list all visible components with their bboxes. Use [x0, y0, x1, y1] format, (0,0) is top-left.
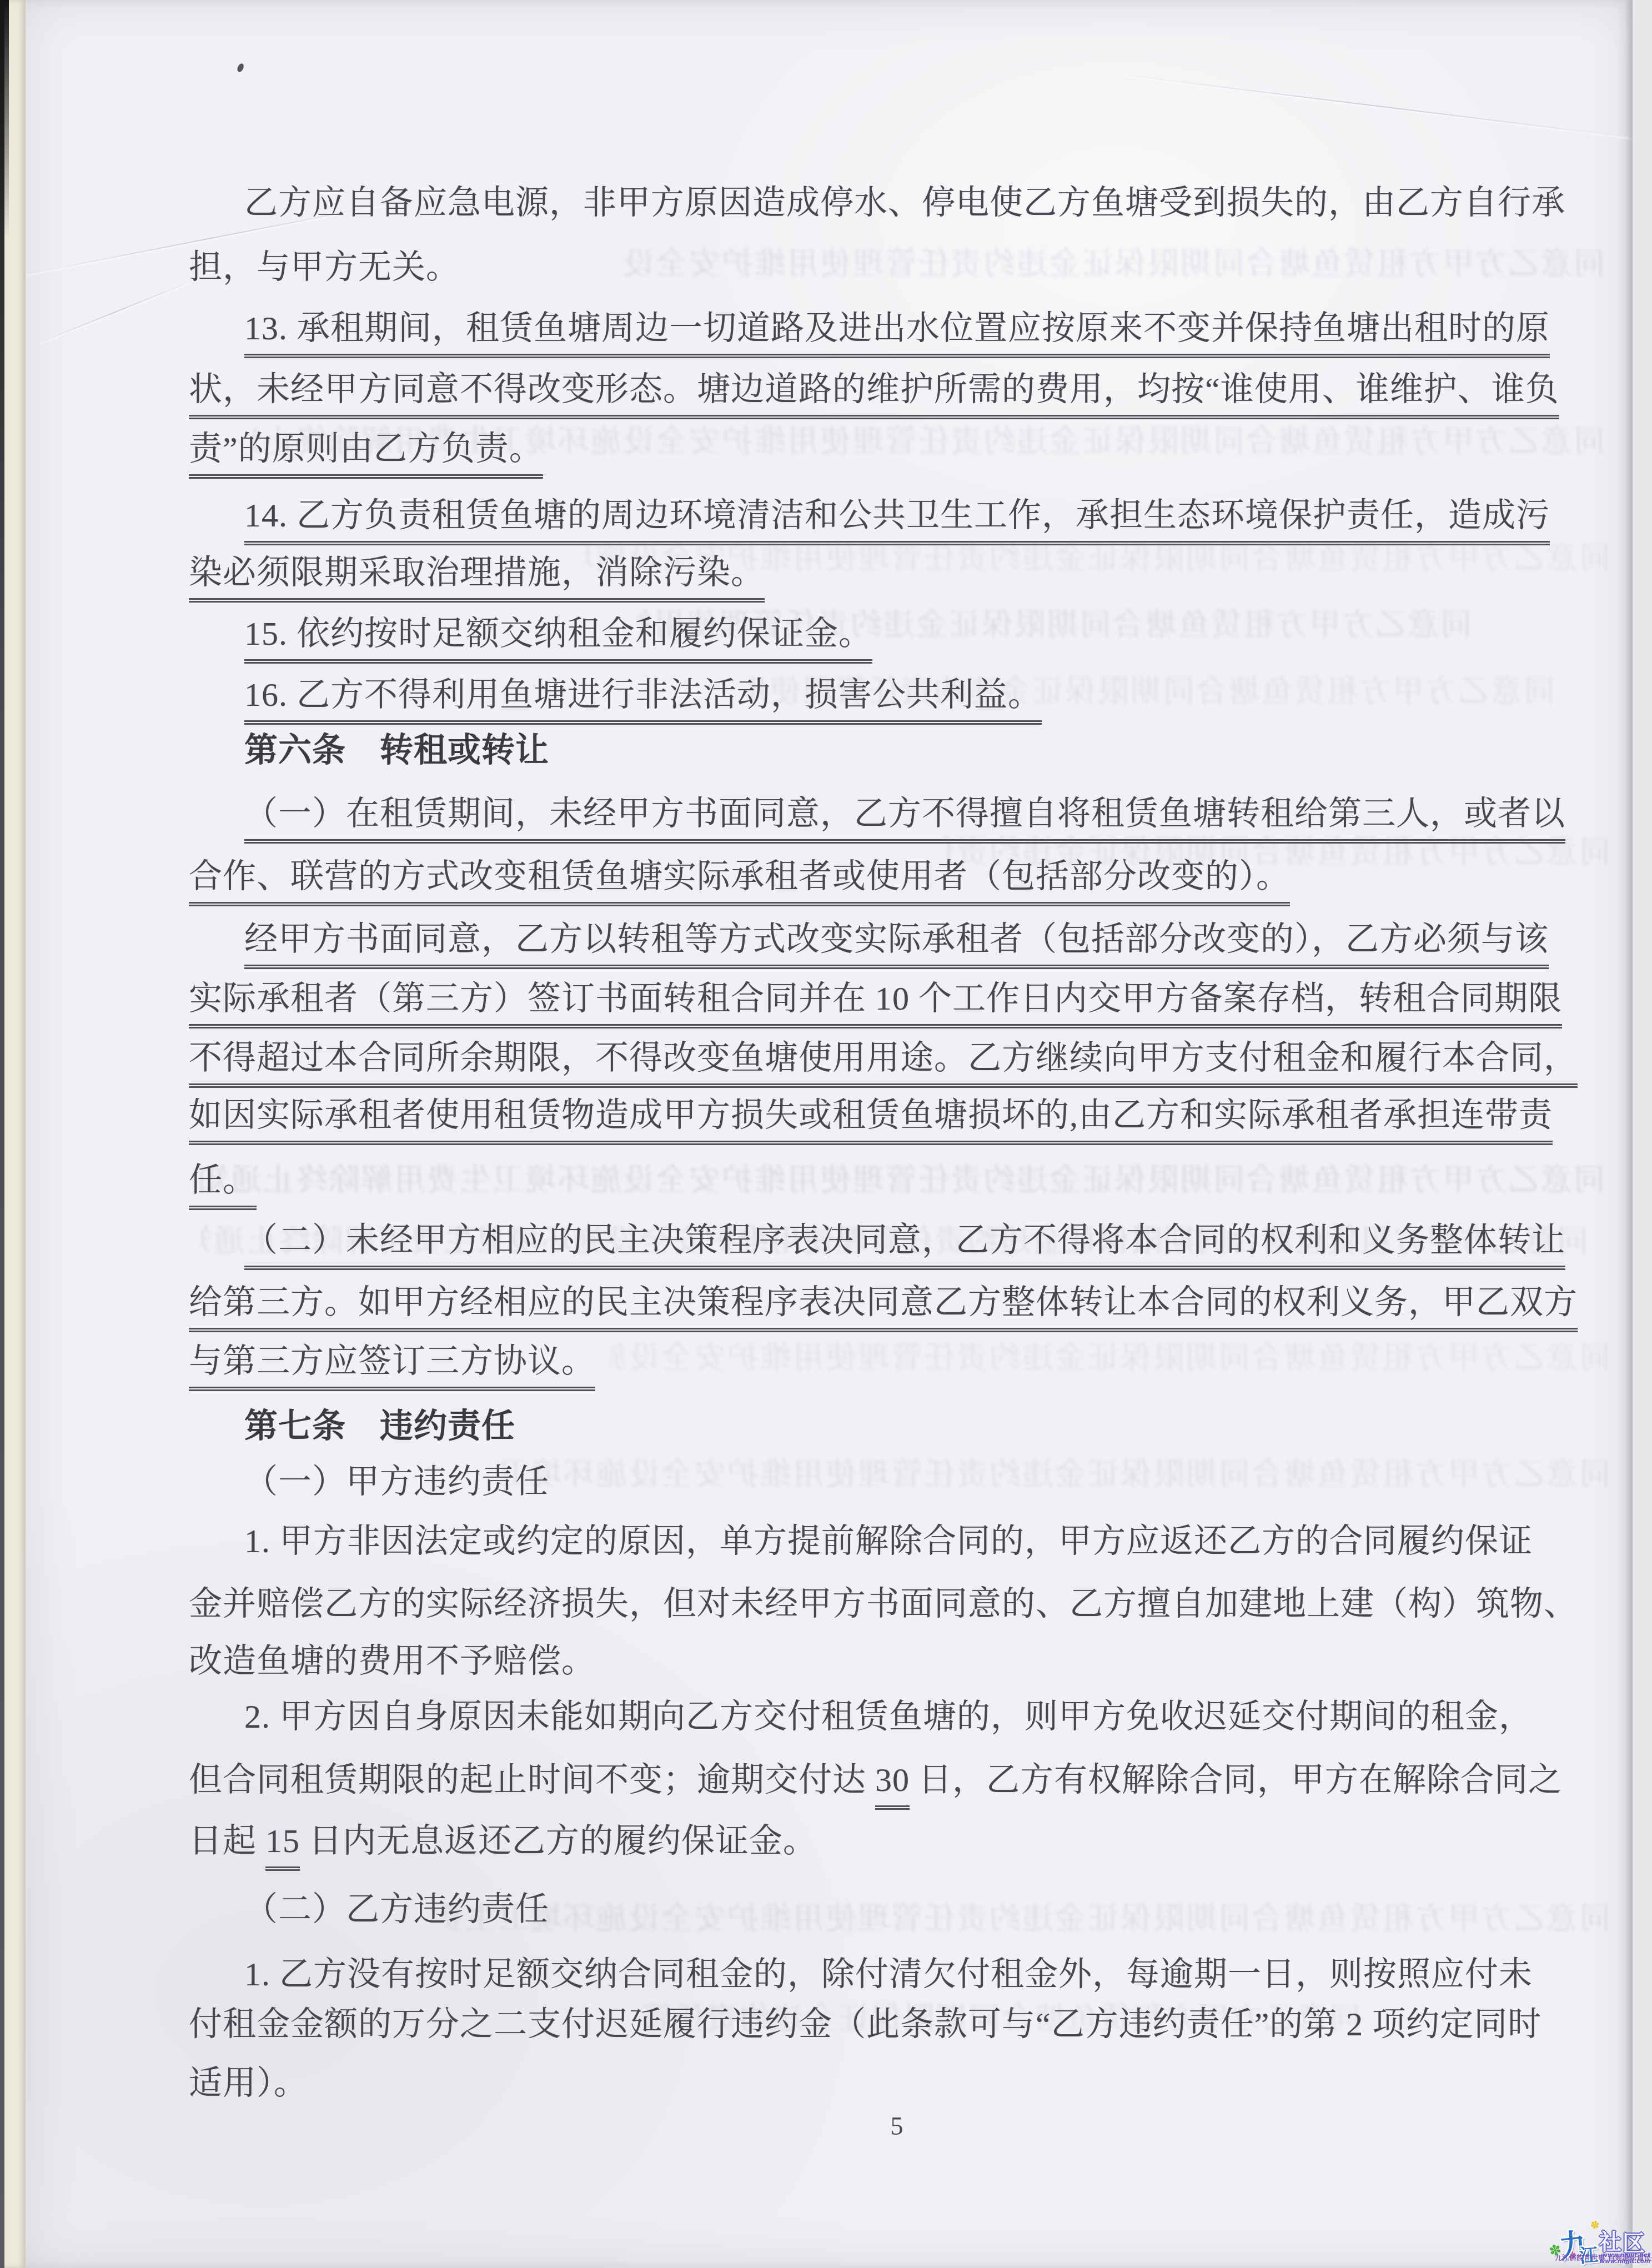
underlined-text-run: 如因实际承租者使用租赁物造成甲方损失或租赁鱼塘损坏的,由乙方和实际承租者承担连带…: [189, 1097, 1553, 1145]
underlined-text-run: 15. 依约按时足额交纳租金和履约保证金。: [244, 615, 872, 664]
underlined-text-run: 任。: [189, 1162, 257, 1210]
text-run: 金并赔偿乙方的实际经济损失，但对未经甲方书面同意的、乙方擅自加建地上建（构）筑物…: [189, 1585, 1578, 1622]
text-run: 改造鱼塘的费用不予赔偿。: [189, 1643, 595, 1679]
underlined-text-run: 经甲方书面同意，乙方以转租等方式改变实际承租者（包括部分改变的），乙方必须与该: [244, 921, 1549, 969]
contract-text-line: 乙方应自备应急电源，非甲方原因造成停水、停电使乙方鱼塘受到损失的，由乙方自行承: [189, 179, 1565, 227]
contract-text-line: 1. 甲方非因法定或约定的原因，单方提前解除合同的，甲方应返还乙方的合同履约保证: [189, 1517, 1533, 1565]
underlined-text-run: 30: [875, 1762, 910, 1810]
text-run: 适用）。: [189, 2065, 308, 2101]
underlined-text-run: （二）未经甲方相应的民主决策程序表决同意，乙方不得将本合同的权利和义务整体转让: [244, 1222, 1565, 1270]
text-run: 付租金金额的万分之二支付迟延履行违约金（此条款可与“乙方违约责任”的第 2 项约…: [189, 2006, 1541, 2043]
underlined-text-run: 染必须限期采取治理措施，消除污染。: [189, 554, 765, 603]
contract-text-line: 任。: [189, 1156, 257, 1204]
underlined-text-run: 与第三方应签订三方协议。: [189, 1343, 595, 1391]
underlined-text-run: 13. 承租期间，租赁鱼塘周边一切道路及进出水位置应按原来不变并保持鱼塘出租时的…: [244, 310, 1550, 358]
contract-text-line: 2. 甲方因自身原因未能如期向乙方交付租赁鱼塘的，则甲方免收迟延交付期间的租金，: [189, 1693, 1533, 1740]
contract-text-line: 但合同租赁期限的起止时间不变；逾期交付达 30 日，乙方有权解除合同，甲方在解除…: [189, 1756, 1562, 1804]
underlined-text-run: 责”的原则由乙方负责。: [189, 430, 543, 479]
text-run: 日，乙方有权解除合同，甲方在解除合同之: [910, 1762, 1562, 1798]
scanner-corner-shadow: [0, 0, 9, 239]
contract-text-line: 16. 乙方不得利用鱼塘进行非法活动，损害公共利益。: [189, 671, 1042, 719]
contract-text-line: （一）甲方违约责任: [189, 1458, 549, 1506]
contract-text-line: 不得超过本合同所余期限，不得改变鱼塘使用用途。乙方继续向甲方支付租金和履行本合同…: [189, 1034, 1578, 1082]
contract-text-line: 14. 乙方负责租赁鱼塘的周边环境清洁和公共卫生工作，承担生态环境保护责任，造成…: [189, 491, 1550, 539]
contract-text-line: 1. 乙方没有按时足额交纳合同租金的，除付清欠付租金外，每逾期一日，则按照应付未: [189, 1950, 1533, 1998]
contract-text-line: 实际承租者（第三方）签订书面转租合同并在 10 个工作日内交甲方备案存档，转租合…: [189, 975, 1562, 1022]
underlined-text-run: 14. 乙方负责租赁鱼塘的周边环境清洁和公共卫生工作，承担生态环境保护责任，造成…: [244, 497, 1550, 545]
contract-text-line: 金并赔偿乙方的实际经济损失，但对未经甲方书面同意的、乙方擅自加建地上建（构）筑物…: [189, 1580, 1578, 1628]
page-number: 5: [189, 2111, 1605, 2141]
scanner-background: [1633, 0, 1652, 2268]
text-run: 担，与甲方无关。: [189, 249, 460, 285]
text-run: 但合同租赁期限的起止时间不变；逾期交付达: [189, 1762, 875, 1798]
contract-text-line: 适用）。: [189, 2059, 308, 2107]
text-run: 第六条 转租或转让: [244, 732, 549, 769]
underlined-text-run: 给第三方。如甲方经相应的民主决策程序表决同意乙方整体转让本合同的权利义务，甲乙双…: [189, 1284, 1578, 1332]
scanned-contract-page: 同意乙方甲方租赁鱼塘合同期限保证金违约责任管理使用维护安全设施环境卫生费用解除终…: [0, 0, 1652, 2268]
text-run: 第七条 违约责任: [244, 1408, 515, 1444]
contract-text-line: 状，未经甲方同意不得改变形态。塘边道路的维护所需的费用，均按“谁使用、谁维护、谁…: [189, 365, 1559, 413]
contract-text-line: 如因实际承租者使用租赁物造成甲方损失或租赁鱼塘损坏的,由乙方和实际承租者承担连带…: [189, 1091, 1553, 1139]
text-run: （一）甲方违约责任: [244, 1463, 549, 1500]
text-run: 日起: [189, 1823, 265, 1859]
underlined-text-run: 不得超过本合同所余期限，不得改变鱼塘使用用途。乙方继续向甲方支付租金和履行本合同…: [189, 1040, 1578, 1088]
contract-text-line: 付租金金额的万分之二支付迟延履行违约金（此条款可与“乙方违约责任”的第 2 项约…: [189, 2000, 1541, 2048]
scanner-edge-strip: [0, 0, 4, 2268]
paper-right-edge-shadow: [1625, 0, 1633, 2268]
contract-text-line: （一）在租赁期间，未经甲方书面同意，乙方不得擅自将租赁鱼塘转租给第三人，或者以: [189, 790, 1565, 837]
text-run: 1. 甲方非因法定或约定的原因，单方提前解除合同的，甲方应返还乙方的合同履约保证: [244, 1523, 1533, 1559]
contract-text-line: 第七条 违约责任: [189, 1402, 515, 1450]
contract-text-line: 责”的原则由乙方负责。: [189, 425, 543, 473]
text-run: 2. 甲方因自身原因未能如期向乙方交付租赁鱼塘的，则甲方免收迟延交付期间的租金，: [244, 1698, 1533, 1735]
contract-text-line: 染必须限期采取治理措施，消除污染。: [189, 549, 765, 596]
text-run: 1. 乙方没有按时足额交纳合同租金的，除付清欠付租金外，每逾期一日，则按照应付未: [244, 1956, 1533, 1993]
contract-text-line: 日起 15 日内无息返还乙方的履约保证金。: [189, 1817, 817, 1865]
yellow-clover-icon: ✽: [1589, 2219, 1600, 2232]
underlined-text-run: 15: [265, 1823, 300, 1871]
contract-text-line: 经甲方书面同意，乙方以转租等方式改变实际承租者（包括部分改变的），乙方必须与该: [189, 915, 1549, 963]
underlined-text-run: 实际承租者（第三方）签订书面转租合同并在 10 个工作日内交甲方备案存档，转租合…: [189, 980, 1562, 1028]
underlined-text-run: 16. 乙方不得利用鱼塘进行非法活动，损害公共利益。: [244, 676, 1042, 725]
text-run: 乙方应自备应急电源，非甲方原因造成停水、停电使乙方鱼塘受到损失的，由乙方自行承: [244, 184, 1565, 221]
contract-text-line: （二）乙方违约责任: [189, 1885, 549, 1933]
underlined-text-run: 状，未经甲方同意不得改变形态。塘边道路的维护所需的费用，均按“谁使用、谁维护、谁…: [189, 371, 1559, 419]
underlined-text-run: （一）在租赁期间，未经甲方书面同意，乙方不得擅自将租赁鱼塘转租给第三人，或者以: [244, 795, 1565, 844]
underlined-text-run: 合作、联营的方式改变租赁鱼塘实际承租者或使用者（包括部分改变的）。: [189, 858, 1290, 906]
contract-text-line: 13. 承租期间，租赁鱼塘周边一切道路及进出水位置应按原来不变并保持鱼塘出租时的…: [189, 304, 1550, 352]
contract-text-line: （二）未经甲方相应的民主决策程序表决同意，乙方不得将本合同的权利和义务整体转让: [189, 1216, 1565, 1264]
contract-text-line: 担，与甲方无关。: [189, 243, 460, 291]
contract-text-line: 改造鱼塘的费用不予赔偿。: [189, 1637, 595, 1685]
contract-text-line: 第六条 转租或转让: [189, 726, 549, 774]
text-run: 日内无息返还乙方的履约保证金。: [300, 1823, 817, 1859]
underlying-page-edge: [4, 0, 26, 2268]
forum-slogan: 九江儒韵言世事 百姓论坛道民生: [1555, 2252, 1652, 2262]
contract-text-line: 与第三方应签订三方协议。: [189, 1337, 595, 1385]
text-run: （二）乙方违约责任: [244, 1891, 549, 1928]
contract-text-line: 合作、联营的方式改变租赁鱼塘实际承租者或使用者（包括部分改变的）。: [189, 852, 1290, 900]
contract-text-line: 给第三方。如甲方经相应的民主决策程序表决同意乙方整体转让本合同的权利义务，甲乙双…: [189, 1278, 1578, 1326]
contract-text-line: 15. 依约按时足额交纳租金和履约保证金。: [189, 610, 872, 658]
